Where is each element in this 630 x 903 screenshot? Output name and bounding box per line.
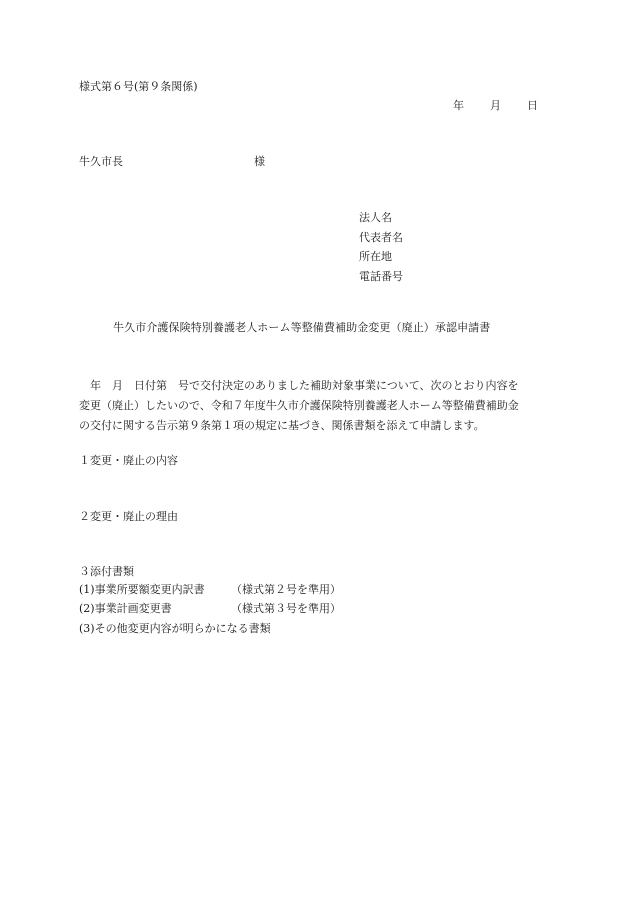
section-heading-attachments: ３添付書類 bbox=[79, 566, 134, 577]
month-label: 月 bbox=[490, 100, 501, 111]
body-line: 年 月 日付第 号で交付決定のありました補助対象事業について、次のとおり内容を bbox=[79, 376, 549, 396]
date-line: 年月日 bbox=[453, 100, 538, 111]
applicant-representative-label: 代表者名 bbox=[359, 232, 403, 252]
form-number: 様式第６号(第９条関係) bbox=[79, 81, 198, 92]
attachment-list: (1)事業所要額変更内訳書 （様式第２号を準用） (2)事業計画変更書 （様式第… bbox=[79, 584, 271, 642]
applicant-corporation-label: 法人名 bbox=[359, 212, 403, 232]
applicant-phone-label: 電話番号 bbox=[359, 271, 403, 291]
attachment-reference: （様式第２号を準用） bbox=[231, 584, 341, 595]
addressee-honorific: 様 bbox=[254, 156, 265, 167]
attachment-reference: （様式第３号を準用） bbox=[231, 603, 341, 614]
attachment-name: (2)事業計画変更書 bbox=[79, 602, 172, 615]
attachment-item: (2)事業計画変更書 （様式第３号を準用） bbox=[79, 603, 271, 622]
document-title: 牛久市介護保険特別養護老人ホーム等整備費補助金変更（廃止）承認申請書 bbox=[113, 322, 490, 333]
attachment-name: (3)その他変更内容が明らかになる書類 bbox=[79, 622, 271, 635]
section-heading-change-reason: ２変更・廃止の理由 bbox=[79, 511, 178, 522]
addressee: 牛久市長 様 bbox=[79, 156, 123, 167]
body-paragraph: 年 月 日付第 号で交付決定のありました補助対象事業について、次のとおり内容を … bbox=[79, 376, 549, 436]
applicant-block: 法人名 代表者名 所在地 電話番号 bbox=[359, 212, 403, 290]
attachment-item: (1)事業所要額変更内訳書 （様式第２号を準用） bbox=[79, 584, 271, 603]
year-label: 年 bbox=[453, 100, 464, 111]
addressee-name: 牛久市長 bbox=[79, 155, 123, 168]
body-line: の交付に関する告示第９条第１項の規定に基づき、関係書類を添えて申請します。 bbox=[79, 416, 549, 436]
body-line: 変更（廃止）したいので、令和７年度牛久市介護保険特別養護老人ホーム等整備費補助金 bbox=[79, 396, 549, 416]
applicant-address-label: 所在地 bbox=[359, 251, 403, 271]
attachment-item: (3)その他変更内容が明らかになる書類 bbox=[79, 623, 271, 642]
attachment-name: (1)事業所要額変更内訳書 bbox=[79, 583, 205, 596]
section-heading-change-content: １変更・廃止の内容 bbox=[79, 455, 178, 466]
day-label: 日 bbox=[527, 100, 538, 111]
